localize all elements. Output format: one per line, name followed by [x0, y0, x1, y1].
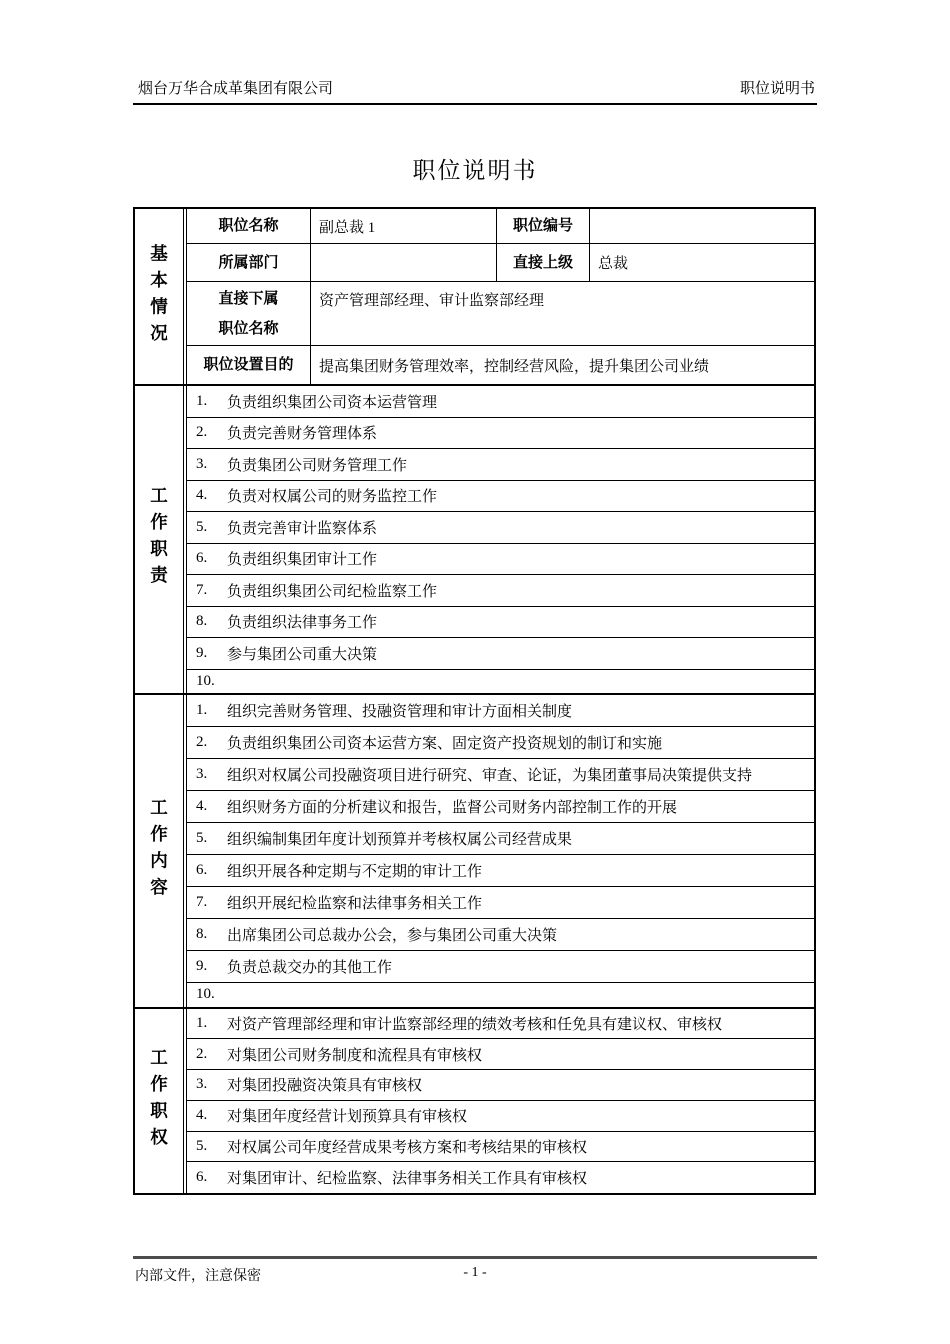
list-item: 2.负责组织集团公司资本运营方案、固定资产投资规划的制订和实施 — [187, 727, 814, 759]
item-number: 2. — [196, 424, 227, 441]
list-item: 4.组织财务方面的分析建议和报告，监督公司财务内部控制工作的开展 — [187, 791, 814, 823]
item-text: 负责集团公司财务管理工作 — [227, 454, 814, 475]
item-number: 2. — [196, 734, 227, 751]
item-number: 6. — [196, 550, 227, 567]
item-text: 对集团投融资决策具有审核权 — [227, 1074, 814, 1095]
list-item: 3.负责集团公司财务管理工作 — [187, 449, 814, 481]
field-value: 提高集团财务管理效率，控制经营风险，提升集团公司业绩 — [311, 346, 814, 384]
item-number: 8. — [196, 613, 227, 630]
list-item: 7.负责组织集团公司纪检监察工作 — [187, 575, 814, 607]
list-item: 10. — [187, 670, 814, 693]
item-number: 8. — [196, 926, 227, 943]
field-label: 所属部门 — [187, 244, 311, 281]
section-content: 1.组织完善财务管理、投融资管理和审计方面相关制度 2.负责组织集团公司资本运营… — [186, 695, 814, 1007]
field-label: 职位名称 — [187, 209, 311, 243]
item-text: 组织完善财务管理、投融资管理和审计方面相关制度 — [227, 700, 814, 721]
list-item: 10. — [187, 983, 814, 1007]
item-number: 7. — [196, 582, 227, 599]
header-company-name: 烟台万华合成革集团有限公司 — [138, 77, 333, 98]
item-text: 负责总裁交办的其他工作 — [227, 956, 814, 977]
item-number: 3. — [196, 766, 227, 783]
item-text: 负责组织法律事务工作 — [227, 611, 814, 632]
field-value: 总裁 — [590, 244, 814, 281]
item-number: 1. — [196, 702, 227, 719]
item-number: 10. — [196, 986, 227, 1003]
item-text: 负责对权属公司的财务监控工作 — [227, 485, 814, 506]
item-text: 对集团公司财务制度和流程具有审核权 — [227, 1044, 814, 1065]
item-number: 1. — [196, 393, 227, 410]
item-number: 4. — [196, 1107, 227, 1124]
item-text: 出席集团公司总裁办公会，参与集团公司重大决策 — [227, 924, 814, 945]
basic-info-row: 职位设置目的 提高集团财务管理效率，控制经营风险，提升集团公司业绩 — [187, 346, 814, 384]
list-item: 1.组织完善财务管理、投融资管理和审计方面相关制度 — [187, 695, 814, 727]
section-label: 工作职责 — [147, 486, 172, 592]
list-item: 2.对集团公司财务制度和流程具有审核权 — [187, 1039, 814, 1070]
job-description-table: 基本情况 职位名称 副总裁 1 职位编号 所属部门 直接上级 总裁 直接下属 职… — [133, 207, 816, 1195]
field-label: 职位编号 — [497, 209, 590, 243]
list-item: 6.负责组织集团审计工作 — [187, 544, 814, 576]
list-item: 1.负责组织集团公司资本运营管理 — [187, 386, 814, 418]
section-label: 基本情况 — [147, 244, 172, 350]
item-text: 组织开展纪检监察和法律事务相关工作 — [227, 892, 814, 913]
section-content: 1.负责组织集团公司资本运营管理 2.负责完善财务管理体系 3.负责集团公司财务… — [186, 386, 814, 693]
item-number: 2. — [196, 1046, 227, 1063]
item-text: 对集团年度经营计划预算具有审核权 — [227, 1105, 814, 1126]
item-number: 5. — [196, 519, 227, 536]
list-item: 5.组织编制集团年度计划预算并考核权属公司经营成果 — [187, 823, 814, 855]
item-number: 4. — [196, 487, 227, 504]
item-number: 3. — [196, 1076, 227, 1093]
section-content: 职位名称 副总裁 1 职位编号 所属部门 直接上级 总裁 直接下属 职位名称 资… — [186, 209, 814, 384]
section-work-content: 工作内容 1.组织完善财务管理、投融资管理和审计方面相关制度 2.负责组织集团公… — [135, 693, 814, 1007]
section-work-authority: 工作职权 1.对资产管理部经理和审计监察部经理的绩效考核和任免具有建议权、审核权… — [135, 1007, 814, 1194]
item-number: 10. — [196, 673, 227, 690]
item-text: 对集团审计、纪检监察、法律事务相关工作具有审核权 — [227, 1167, 814, 1188]
list-item: 9.参与集团公司重大决策 — [187, 638, 814, 670]
basic-info-row: 所属部门 直接上级 总裁 — [187, 244, 814, 282]
item-number: 5. — [196, 830, 227, 847]
page-footer: 内部文件，注意保密 - 1 - — [133, 1265, 817, 1285]
item-number: 6. — [196, 1169, 227, 1186]
basic-info-row: 直接下属 职位名称 资产管理部经理、审计监察部经理 — [187, 282, 814, 346]
list-item: 7.组织开展纪检监察和法律事务相关工作 — [187, 887, 814, 919]
item-text: 组织开展各种定期与不定期的审计工作 — [227, 860, 814, 881]
section-content: 1.对资产管理部经理和审计监察部经理的绩效考核和任免具有建议权、审核权 2.对集… — [186, 1009, 814, 1194]
page-header: 烟台万华合成革集团有限公司 职位说明书 — [133, 77, 817, 105]
basic-info-row: 职位名称 副总裁 1 职位编号 — [187, 209, 814, 244]
item-number: 9. — [196, 958, 227, 975]
section-label: 工作职权 — [147, 1048, 172, 1154]
field-label: 直接上级 — [497, 244, 590, 281]
field-label-lines: 直接下属 职位名称 — [218, 284, 278, 344]
field-value — [311, 244, 497, 281]
item-number: 9. — [196, 645, 227, 662]
item-text: 负责组织集团公司纪检监察工作 — [227, 580, 814, 601]
list-item: 4.对集团年度经营计划预算具有审核权 — [187, 1101, 814, 1132]
item-text: 负责完善审计监察体系 — [227, 517, 814, 538]
field-value: 资产管理部经理、审计监察部经理 — [311, 282, 814, 345]
field-label: 直接下属 职位名称 — [187, 282, 311, 345]
item-text: 负责组织集团公司资本运营管理 — [227, 391, 814, 412]
item-number: 1. — [196, 1015, 227, 1032]
item-text: 负责组织集团审计工作 — [227, 548, 814, 569]
list-item: 6.对集团审计、纪检监察、法律事务相关工作具有审核权 — [187, 1162, 814, 1193]
section-label-cell: 工作内容 — [135, 695, 184, 1007]
list-item: 9.负责总裁交办的其他工作 — [187, 951, 814, 983]
item-text: 组织编制集团年度计划预算并考核权属公司经营成果 — [227, 828, 814, 849]
list-item: 3.对集团投融资决策具有审核权 — [187, 1070, 814, 1101]
item-number: 5. — [196, 1138, 227, 1155]
item-text: 参与集团公司重大决策 — [227, 643, 814, 664]
page-number: - 1 - — [133, 1265, 817, 1281]
item-text: 对权属公司年度经营成果考核方案和考核结果的审核权 — [227, 1136, 814, 1157]
section-label: 工作内容 — [147, 798, 172, 904]
section-label-cell: 工作职责 — [135, 386, 184, 693]
list-item: 4.负责对权属公司的财务监控工作 — [187, 481, 814, 513]
section-label-cell: 基本情况 — [135, 209, 184, 384]
item-text: 组织对权属公司投融资项目进行研究、审查、论证，为集团董事局决策提供支持 — [227, 764, 814, 785]
list-item: 8.出席集团公司总裁办公会，参与集团公司重大决策 — [187, 919, 814, 951]
item-number: 6. — [196, 862, 227, 879]
field-value: 副总裁 1 — [311, 209, 497, 243]
list-item: 2.负责完善财务管理体系 — [187, 418, 814, 450]
list-item: 5.对权属公司年度经营成果考核方案和考核结果的审核权 — [187, 1132, 814, 1163]
header-doc-type: 职位说明书 — [740, 77, 815, 98]
item-text: 负责组织集团公司资本运营方案、固定资产投资规划的制订和实施 — [227, 732, 814, 753]
section-label-cell: 工作职权 — [135, 1009, 184, 1194]
field-label: 职位设置目的 — [187, 346, 311, 384]
item-number: 4. — [196, 798, 227, 815]
item-text: 对资产管理部经理和审计监察部经理的绩效考核和任免具有建议权、审核权 — [227, 1013, 814, 1034]
section-responsibilities: 工作职责 1.负责组织集团公司资本运营管理 2.负责完善财务管理体系 3.负责集… — [135, 384, 814, 693]
section-basic-info: 基本情况 职位名称 副总裁 1 职位编号 所属部门 直接上级 总裁 直接下属 职… — [135, 209, 814, 384]
list-item: 8.负责组织法律事务工作 — [187, 607, 814, 639]
item-number: 3. — [196, 456, 227, 473]
item-text: 组织财务方面的分析建议和报告，监督公司财务内部控制工作的开展 — [227, 796, 814, 817]
field-value — [590, 209, 814, 243]
footer-divider — [133, 1256, 817, 1259]
list-item: 1.对资产管理部经理和审计监察部经理的绩效考核和任免具有建议权、审核权 — [187, 1009, 814, 1040]
list-item: 5.负责完善审计监察体系 — [187, 512, 814, 544]
item-number: 7. — [196, 894, 227, 911]
list-item: 6.组织开展各种定期与不定期的审计工作 — [187, 855, 814, 887]
item-text: 负责完善财务管理体系 — [227, 422, 814, 443]
page-title: 职位说明书 — [0, 152, 950, 185]
list-item: 3.组织对权属公司投融资项目进行研究、审查、论证，为集团董事局决策提供支持 — [187, 759, 814, 791]
